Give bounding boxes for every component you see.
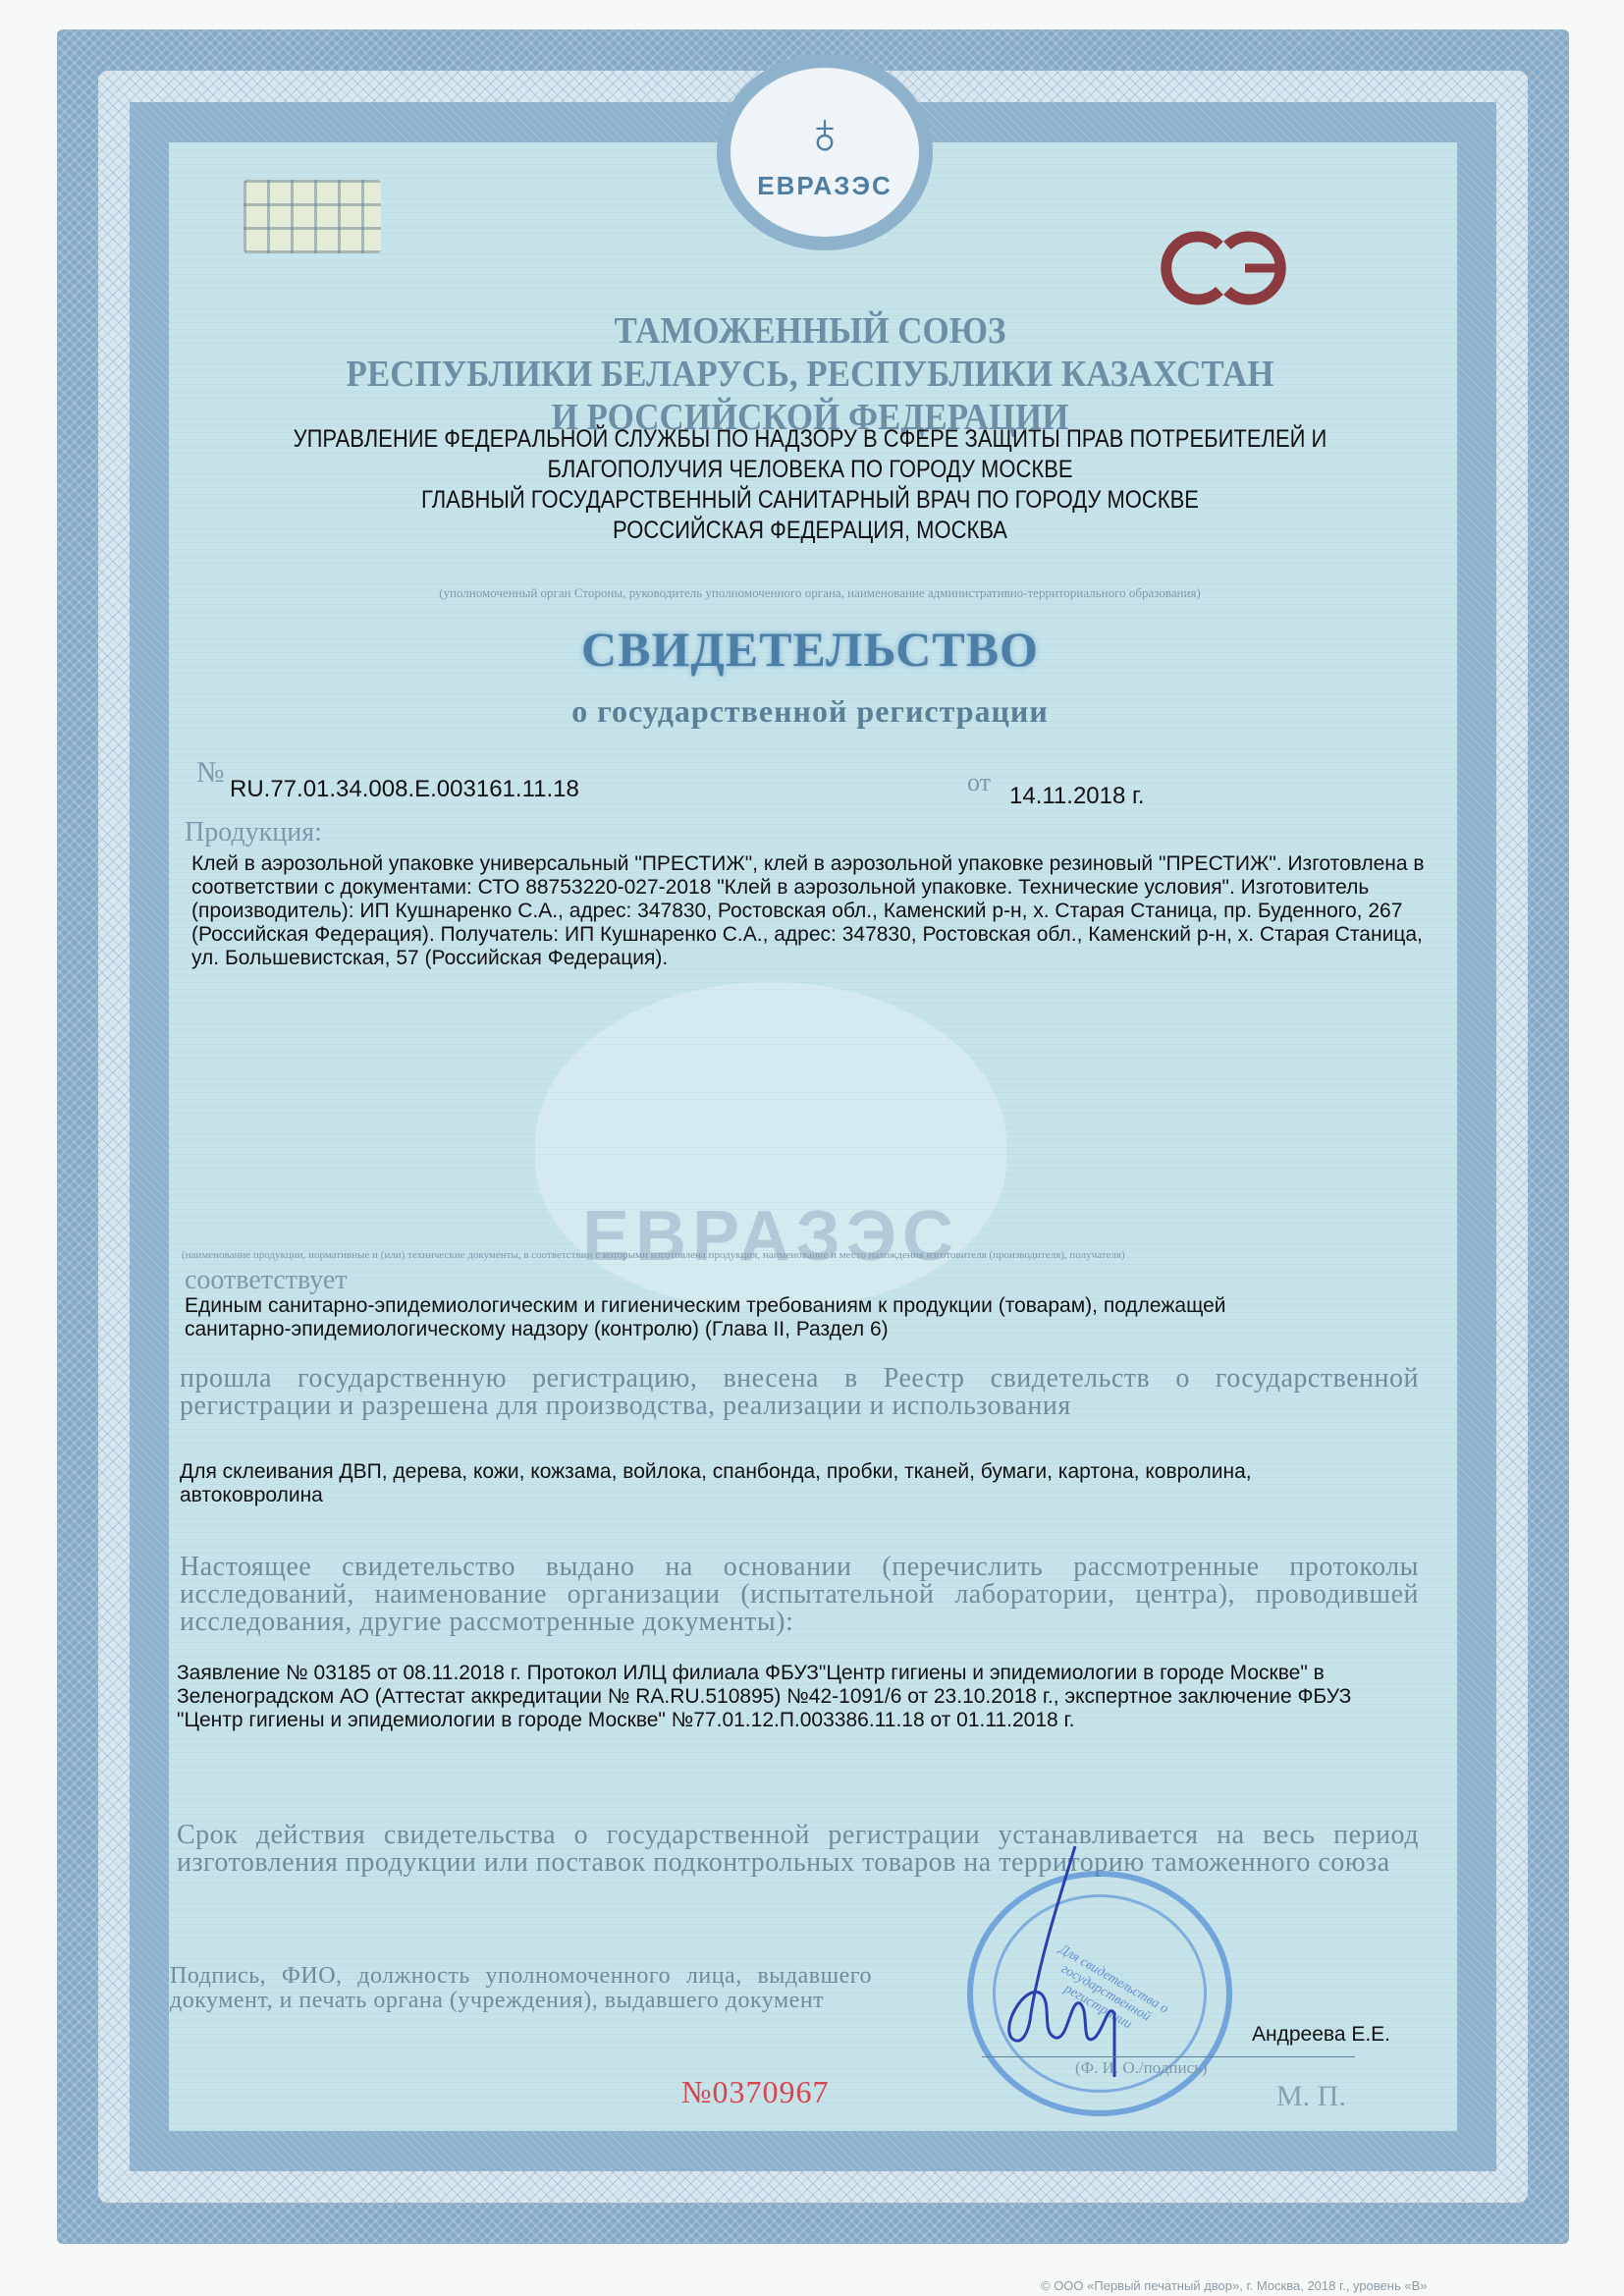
product-description: Клей в аэрозольной упаковке универсальны… xyxy=(191,852,1438,970)
registration-number: RU.77.01.34.008.Е.003161.11.18 xyxy=(230,776,579,803)
conformity-label: соответствует xyxy=(185,1265,348,1296)
signature-label: Подпись, ФИО, должность уполномоченного … xyxy=(170,1964,872,2013)
union-line: РЕСПУБЛИКИ БЕЛАРУСЬ, РЕСПУБЛИКИ КАЗАХСТА… xyxy=(291,353,1329,396)
usage-scope: Для склеивания ДВП, дерева, кожи, кожзам… xyxy=(180,1460,1358,1507)
authority-line: РОССИЙСКАЯ ФЕДЕРАЦИЯ, МОСКВА xyxy=(270,516,1350,546)
product-label: Продукция: xyxy=(185,817,322,848)
registration-status: прошла государственную регистрацию, внес… xyxy=(180,1365,1419,1420)
eurasec-emblem-icon: ♁ ЕВРАЗЭС xyxy=(717,54,933,250)
product-caption: (наименование продукции, нормативные и (… xyxy=(182,1249,1448,1261)
seal-place-label: М. П. xyxy=(1276,2080,1346,2113)
authority-caption: (уполномоченный орган Стороны, руководит… xyxy=(309,585,1330,601)
issuing-authority: УПРАВЛЕНИЕ ФЕДЕРАЛЬНОЙ СЛУЖБЫ ПО НАДЗОРУ… xyxy=(270,424,1350,546)
customs-union-heading: ТАМОЖЕННЫЙ СОЮЗ РЕСПУБЛИКИ БЕЛАРУСЬ, РЕС… xyxy=(291,309,1329,439)
union-line: ТАМОЖЕННЫЙ СОЮЗ xyxy=(291,309,1329,353)
basis-documents: Заявление № 03185 от 08.11.2018 г. Прото… xyxy=(177,1662,1404,1732)
authority-line: УПРАВЛЕНИЕ ФЕДЕРАЛЬНОЙ СЛУЖБЫ ПО НАДЗОРУ… xyxy=(270,424,1350,455)
watermark-label: ЕВРАЗЭС xyxy=(582,1196,959,1277)
certificate-subtitle: о государственной регистрации xyxy=(295,693,1326,730)
emblem-label: ЕВРАЗЭС xyxy=(757,171,893,201)
basis-label: Настоящее свидетельство выдано на основа… xyxy=(180,1554,1419,1636)
form-serial-number: №0370967 xyxy=(681,2074,830,2110)
handwritten-signature xyxy=(982,1836,1139,2082)
signer-name: Андреева Е.Е. xyxy=(1252,2023,1390,2047)
customs-union-conformity-mark-icon xyxy=(1159,224,1316,312)
globe-swoosh-icon: ♁ xyxy=(803,104,847,163)
certificate-title: СВИДЕТЕЛЬСТВО xyxy=(295,621,1326,678)
signature-line xyxy=(982,2056,1355,2057)
number-label: № xyxy=(196,756,225,790)
printer-footer: © ООО «Первый печатный двор», г. Москва,… xyxy=(1041,2278,1427,2293)
signature-line-caption: (Ф. И. О./подпись) xyxy=(1075,2058,1208,2078)
conformity-requirements: Единым санитарно-эпидемиологическим и ги… xyxy=(185,1294,1324,1341)
validity-period: Срок действия свидетельства о государств… xyxy=(177,1822,1419,1877)
authority-line: ГЛАВНЫЙ ГОСУДАРСТВЕННЫЙ САНИТАРНЫЙ ВРАЧ … xyxy=(270,485,1350,516)
registration-date: 14.11.2018 г. xyxy=(1009,783,1145,810)
hologram-sticker xyxy=(244,180,381,253)
date-label: от xyxy=(967,768,991,797)
authority-line: БЛАГОПОЛУЧИЯ ЧЕЛОВЕКА ПО ГОРОДУ МОСКВЕ xyxy=(270,455,1350,485)
